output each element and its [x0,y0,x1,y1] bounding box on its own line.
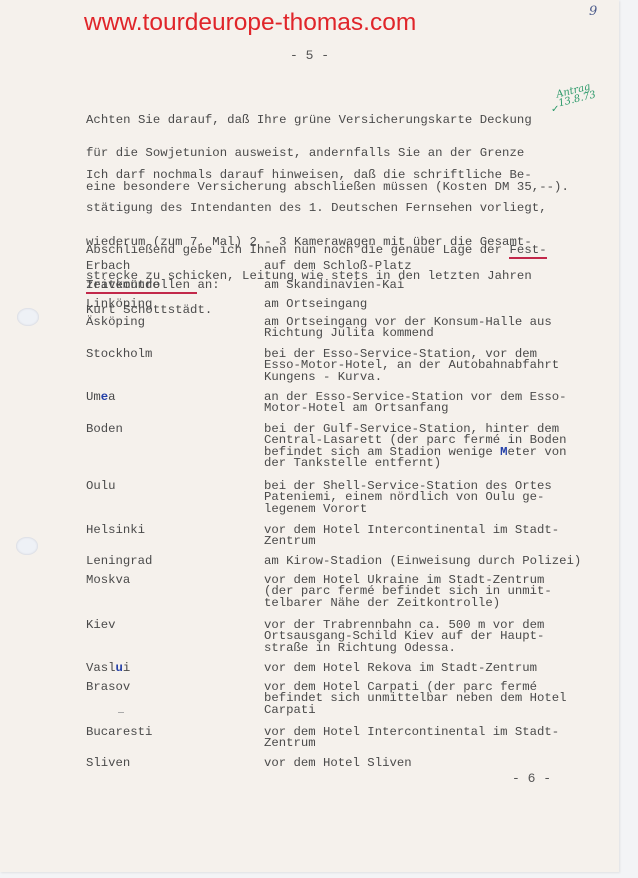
checkpoint-location: am Kirow-Stadion (Einweisung durch Poliz… [264,556,581,567]
text-line: Kungens - Kurva. [264,372,559,383]
text-line: auf dem Schloß-Platz [264,261,412,272]
page-number-top: - 5 - [290,48,329,63]
checkpoint-city: Stockholm [86,349,152,360]
checkpoint-location: am Skandinavien-Kai [264,280,404,291]
watermark-url: www.tourdeurope-thomas.com [84,9,416,37]
text-line: am Kirow-Stadion (Einweisung durch Poliz… [264,556,581,567]
text-line: Abschließend gebe ich Ihnen nun noch die… [86,245,547,256]
checkpoint-location: vor dem Hotel Ukraine im Stadt-Zentrum(d… [264,575,552,609]
text-line: am Ortseingang [264,299,367,310]
page-number-bottom: - 6 - [512,771,551,786]
text-line: telbarer Nähe der Zeitkontrolle) [264,598,552,609]
checkpoint-location: vor dem Hotel Sliven [264,758,412,769]
checkpoint-city: Moskva [86,575,130,586]
text-line: am Skandinavien-Kai [264,280,404,291]
underlined-text: Fest- [509,243,546,259]
text-line: der Tankstelle entfernt) [264,458,567,469]
text-line: straße in Richtung Odessa. [264,643,544,654]
text-line: vor dem Hotel Sliven [264,758,412,769]
text-line: Achten Sie darauf, daß Ihre grüne Versic… [86,115,569,126]
checkpoint-city: Oulu [86,481,116,492]
text-line: legenem Vorort [264,504,552,515]
document-page: www.tourdeurope-thomas.com 9 - 5 - Achte… [0,0,619,872]
checkpoint-location: bei der Esso-Service-Station, vor demEss… [264,349,559,383]
checkpoint-location: vor der Trabrennbahn ca. 500 m vor demOr… [264,620,544,654]
checkpoint-location: vor dem Hotel Intercontinental im Stadt-… [264,727,559,750]
checkpoint-location: vor dem Hotel Intercontinental im Stadt-… [264,525,559,548]
ink-correction: u [116,661,123,675]
checkpoint-city: Travemünde [86,280,160,291]
checkpoint-location: bei der Gulf-Service-Station, hinter dem… [264,424,567,469]
text-line: stätigung des Intendanten des 1. Deutsch… [86,203,547,214]
checkpoint-location: vor dem Hotel Rekova im Stadt-Zentrum [264,663,537,674]
text-line: Motor-Hotel am Ortsanfang [264,403,567,414]
handwritten-page-number: 9 [589,4,597,19]
punch-hole [16,537,38,555]
checkpoint-location: am Ortseingang vor der Konsum-Halle ausR… [264,317,552,340]
checkpoint-city: Helsinki [86,525,145,536]
checkpoint-city: Vaslui [86,663,130,674]
checkpoint-location: auf dem Schloß-Platz [264,261,412,272]
checkpoint-city: Linköping [86,299,152,310]
checkpoint-city: Boden [86,424,123,435]
text-line: Carpati [264,705,567,716]
checkpoint-city: Bucaresti [86,727,152,738]
text-line: vor dem Hotel Rekova im Stadt-Zentrum [264,663,537,674]
checkpoint-city: Äsköping [86,317,145,328]
checkpoint-city: Erbach [86,261,130,272]
handwritten-note: Antrag 13.8.73 [555,82,596,109]
checkpoint-location: am Ortseingang [264,299,367,310]
text-segment: Abschließend gebe ich Ihnen nun noch die… [86,243,509,257]
checkpoint-location: bei der Shell-Service-Station des OrtesP… [264,481,552,515]
pencil-mark [118,712,124,713]
text-line: Ich darf nochmals darauf hinweisen, daß … [86,170,547,181]
checkpoint-location: an der Esso-Service-Station vor dem Esso… [264,392,567,415]
ink-correction: M [500,445,507,459]
checkpoint-city: Brasov [86,682,130,693]
text-line: Zentrum [264,738,559,749]
checkpoint-location: vor dem Hotel Carpati (der parc fermébef… [264,682,567,716]
checkpoint-city: Leningrad [86,556,152,567]
checkpoint-city: Kiev [86,620,116,631]
checkpoint-city: Umea [86,392,116,403]
checkpoint-city: Sliven [86,758,130,769]
text-segment: an: [197,278,219,292]
text-line: Richtung Julita kommend [264,328,552,339]
punch-hole [17,308,39,326]
text-line: Zentrum [264,536,559,547]
